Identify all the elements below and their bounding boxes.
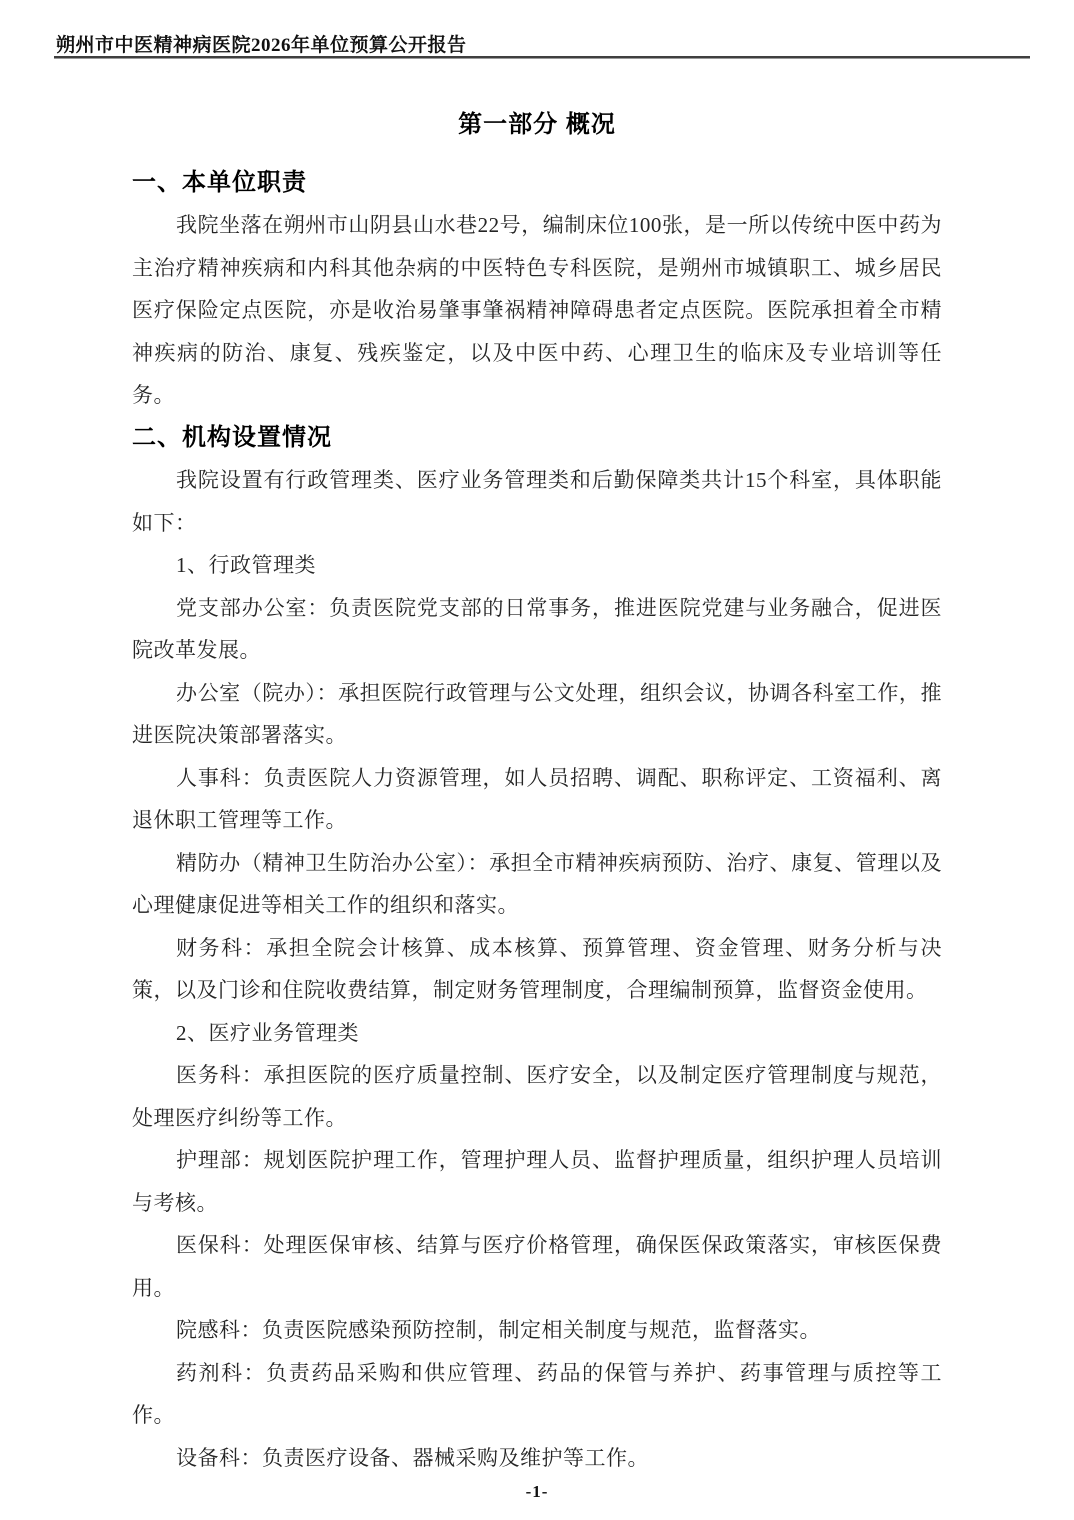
paragraph-pharmacy-department: 药剂科：负责药品采购和供应管理、药品的保管与养护、药事管理与质控等工作。 [132, 1352, 942, 1437]
paragraph-nursing-department: 护理部：规划医院护理工作，管理护理人员、监督护理质量，组织护理人员培训与考核。 [132, 1139, 942, 1224]
section-heading-duties: 一、本单位职责 [132, 162, 942, 205]
subheading-admin-category: 1、行政管理类 [132, 544, 942, 587]
paragraph-party-office: 党支部办公室：负责医院党支部的日常事务，推进医院党建与业务融合，促进医院改革发展… [132, 587, 942, 672]
paragraph-equipment-department: 设备科：负责医疗设备、器械采购及维护等工作。 [132, 1437, 942, 1480]
paragraph-finance-department: 财务科：承担全院会计核算、成本核算、预算管理、资金管理、财务分析与决策，以及门诊… [132, 927, 942, 1012]
document-title: 第一部分 概况 [132, 104, 942, 147]
document-page: 朔州市中医精神病医院2026年单位预算公开报告 第一部分 概况 一、本单位职责 … [0, 0, 1074, 1520]
paragraph-general-office: 办公室（院办）：承担医院行政管理与公文处理，组织会议，协调各科室工作，推进医院决… [132, 672, 942, 757]
header-divider [54, 56, 1030, 59]
page-number: -1- [526, 1482, 549, 1501]
page-footer: -1- [0, 1482, 1074, 1502]
page-header-title: 朔州市中医精神病医院2026年单位预算公开报告 [56, 30, 467, 57]
paragraph-infection-control: 院感科：负责医院感染预防控制，制定相关制度与规范，监督落实。 [132, 1309, 942, 1352]
paragraph-medical-affairs: 医务科：承担医院的医疗质量控制、医疗安全，以及制定医疗管理制度与规范，处理医疗纠… [132, 1054, 942, 1139]
paragraph-mental-health-office: 精防办（精神卫生防治办公室）：承担全市精神疾病预防、治疗、康复、管理以及心理健康… [132, 842, 942, 927]
paragraph-insurance-department: 医保科：处理医保审核、结算与医疗价格管理，确保医保政策落实，审核医保费用。 [132, 1224, 942, 1309]
document-body: 第一部分 概况 一、本单位职责 我院坐落在朔州市山阴县山水巷22号，编制床位10… [132, 104, 942, 1479]
paragraph-duties: 我院坐落在朔州市山阴县山水巷22号，编制床位100张，是一所以传统中医中药为主治… [132, 204, 942, 417]
paragraph-org-intro: 我院设置有行政管理类、医疗业务管理类和后勤保障类共计15个科室，具体职能如下： [132, 459, 942, 544]
subheading-medical-category: 2、医疗业务管理类 [132, 1012, 942, 1055]
paragraph-hr-department: 人事科：负责医院人力资源管理，如人员招聘、调配、职称评定、工资福利、离退休职工管… [132, 757, 942, 842]
section-heading-organization: 二、机构设置情况 [132, 417, 942, 460]
